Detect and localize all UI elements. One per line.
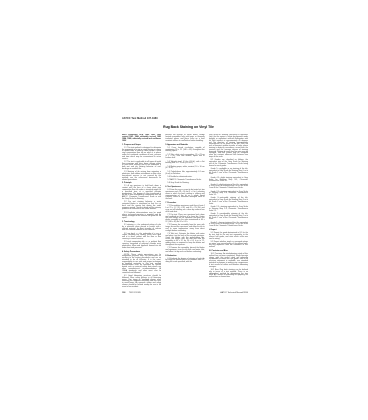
body-paragraph: 2.1 A rug specimen is held back down in … <box>122 186 161 200</box>
body-paragraph: 2.3 Duplicate determinations may be made… <box>122 213 161 220</box>
body-paragraph: 8.1 Evaluate the degree of staining of e… <box>165 259 204 264</box>
body-paragraph: 7.2 Dry test. Place one specimen back do… <box>165 215 204 224</box>
body-paragraph: AATCC Chromatic Transference Scale or th… <box>209 134 248 159</box>
body-paragraph: 5.1 Oven, forced circulation, capable of… <box>165 148 204 153</box>
document-page: AATCC Test Method 137-1989 Rug Back Stai… <box>0 0 368 420</box>
body-paragraph: Grade 5—negligible or no staining of the… <box>209 169 248 176</box>
body-paragraph: 7.4 Wet test. Saturate the blotter with … <box>165 234 204 247</box>
body-paragraph: 1.2 The test is applicable to all types … <box>122 162 161 171</box>
body-paragraph: 10.1 Precision. An interlaboratory study… <box>209 254 248 268</box>
body-paragraph: 8.2 Grades are classified as follows, th… <box>209 160 248 167</box>
body-paragraph: Grade 3—noticeable staining of the tile;… <box>209 198 248 205</box>
column-3: AATCC Chromatic Transference Scale or th… <box>209 134 248 291</box>
page-content: AATCC Test Method 137-1989 Rug Back Stai… <box>122 118 248 291</box>
body-paragraph: 7.1 Precondition specimens and tiles at … <box>165 206 204 213</box>
body-paragraph: 5.8 Gray Scale for Staining. <box>165 183 204 185</box>
body-paragraph: Grade 2.5—staining equivalent to Gray Sc… <box>209 207 248 212</box>
body-paragraph: Grade 2—considerable staining of the til… <box>209 214 248 221</box>
column-2: 4.2 Oven surfaces and the steel weight b… <box>165 134 204 291</box>
body-paragraph: 2.2 For wet staining behavior a water sa… <box>122 202 161 211</box>
body-paragraph: 1.3 Staining of tile arising from migrat… <box>122 172 161 181</box>
body-paragraph: 4.1 Good laboratory practices should be … <box>122 276 161 289</box>
body-paragraph: 3.1 staining, n.—the undesired pickup of… <box>122 225 161 232</box>
page-header-text: AATCC Test Method 137-1989 <box>122 118 248 121</box>
body-paragraph: Grade 4—slight staining of the tile; equ… <box>209 185 248 190</box>
body-paragraph: 7.5 Remove the assembly, discard the blo… <box>165 248 204 253</box>
body-paragraph: 5.2 Tiles, white vinyl composition, 23 ×… <box>165 155 204 160</box>
body-paragraph: 4.2 Oven surfaces and the steel weight b… <box>165 134 204 143</box>
footer-page-number: 198 <box>122 292 125 294</box>
footer-left: 198 TM 137-1989 <box>122 292 141 294</box>
body-paragraph: 5.3 Weight, steel, 4.5 kg (10 lb), with … <box>165 162 204 166</box>
page-footer: 198 TM 137-1989 AATCC Technical Manual/1… <box>122 292 248 294</box>
body-paragraph: 5.4 Blotting paper, white, unsized, 10 ×… <box>165 167 204 171</box>
intro-paragraph: Developed in 1970 by AATCC Committee RA5… <box>122 134 161 143</box>
column-1: Developed in 1970 by AATCC Committee RA5… <box>122 134 161 291</box>
body-paragraph: Grade 4.5—slight staining equivalent to … <box>209 178 248 183</box>
body-paragraph: Grade 1—heavy staining of the tile; equi… <box>209 223 248 228</box>
body-paragraph: 9.2 Report whether single or averaged ra… <box>209 242 248 249</box>
text-columns: Developed in 1970 by AATCC Committee RA5… <box>122 134 248 291</box>
body-paragraph: 10.2 Bias. Rug back staining can be defi… <box>209 270 248 279</box>
footer-manual-text: AATCC Technical Manual/1990 <box>220 292 248 294</box>
body-paragraph: 3.2 rug back, n.—the underside of a rug … <box>122 234 161 241</box>
body-paragraph: 1.1 This test method is designed to dete… <box>122 148 161 161</box>
footer-method-number: TM 137-1989 <box>129 292 141 294</box>
body-paragraph: 6.1 From the rug or carpet to be tested … <box>165 190 204 201</box>
body-paragraph: 9.1 Report the grade determined in 8.1 f… <box>209 233 248 240</box>
body-paragraph: 3.3 vinyl composition tile, n.—a resilie… <box>122 242 161 249</box>
body-paragraph: 7.3 Remove the assembly from the oven wi… <box>165 225 204 232</box>
body-paragraph: NOTE: These safety precautions are for i… <box>122 255 161 275</box>
document-title: Rug Back Staining on Vinyl Tile <box>122 126 248 130</box>
body-paragraph: 5.5 Polyethylene film, approximately 0.1… <box>165 172 204 176</box>
